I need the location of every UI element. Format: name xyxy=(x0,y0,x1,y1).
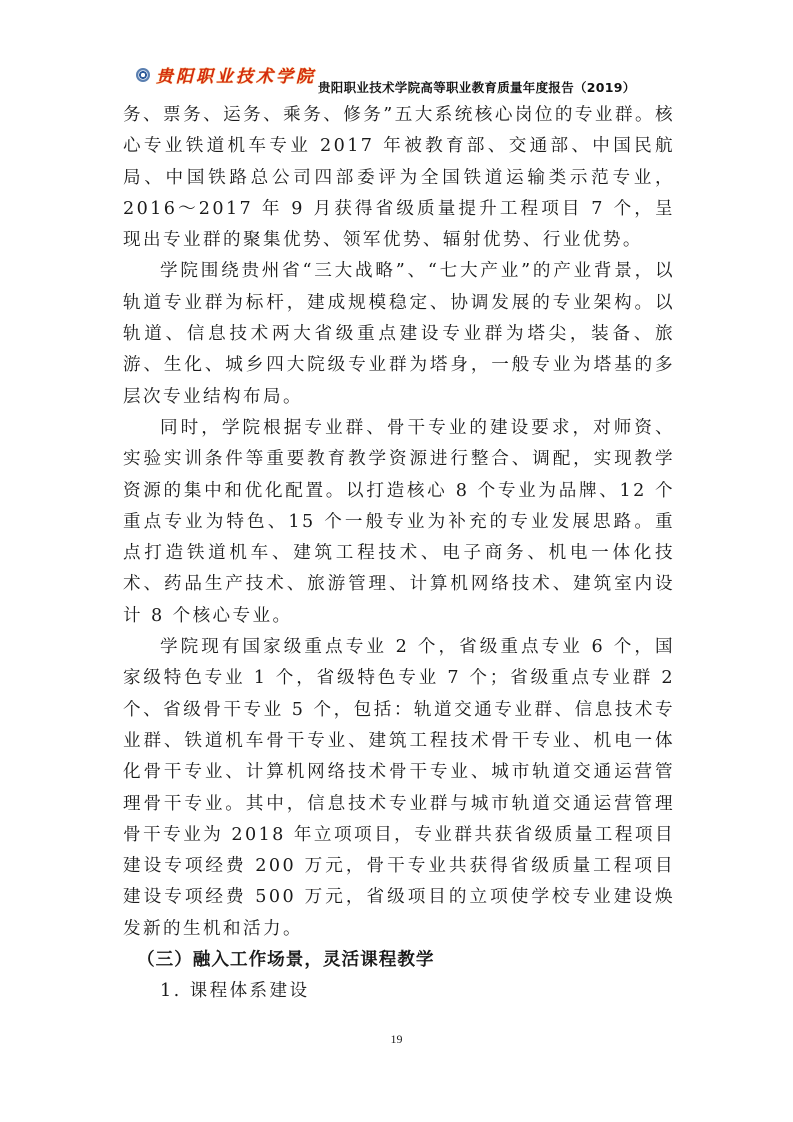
section-heading: （三）融入工作场景，灵活课程教学 xyxy=(123,945,675,976)
paragraph-3: 同时，学院根据专业群、骨干专业的建设要求，对师资、实验实训条件等重要教育教学资源… xyxy=(123,413,675,632)
paragraph-2: 学院围绕贵州省“三大战略”、“七大产业”的产业背景，以轨道专业群为标杆，建成规模… xyxy=(123,256,675,412)
page-header: 贵阳职业技术学院 贵阳职业技术学院高等职业教育质量年度报告（2019） xyxy=(0,0,793,100)
college-emblem-icon xyxy=(136,68,150,82)
page-number: 19 xyxy=(0,1032,793,1047)
report-title: 贵阳职业技术学院高等职业教育质量年度报告（2019） xyxy=(318,78,636,96)
college-logo: 贵阳职业技术学院 xyxy=(136,62,316,87)
page-body: 务、票务、运务、乘务、修务”五大系统核心岗位的专业群。核心专业铁道机车专业 20… xyxy=(123,100,675,1008)
logo-text: 贵阳职业技术学院 xyxy=(156,62,316,87)
paragraph-1: 务、票务、运务、乘务、修务”五大系统核心岗位的专业群。核心专业铁道机车专业 20… xyxy=(123,100,675,256)
paragraph-4: 学院现有国家级重点专业 2 个，省级重点专业 6 个，国家级特色专业 1 个，省… xyxy=(123,632,675,945)
sub-heading: 1. 课程体系建设 xyxy=(123,976,675,1007)
